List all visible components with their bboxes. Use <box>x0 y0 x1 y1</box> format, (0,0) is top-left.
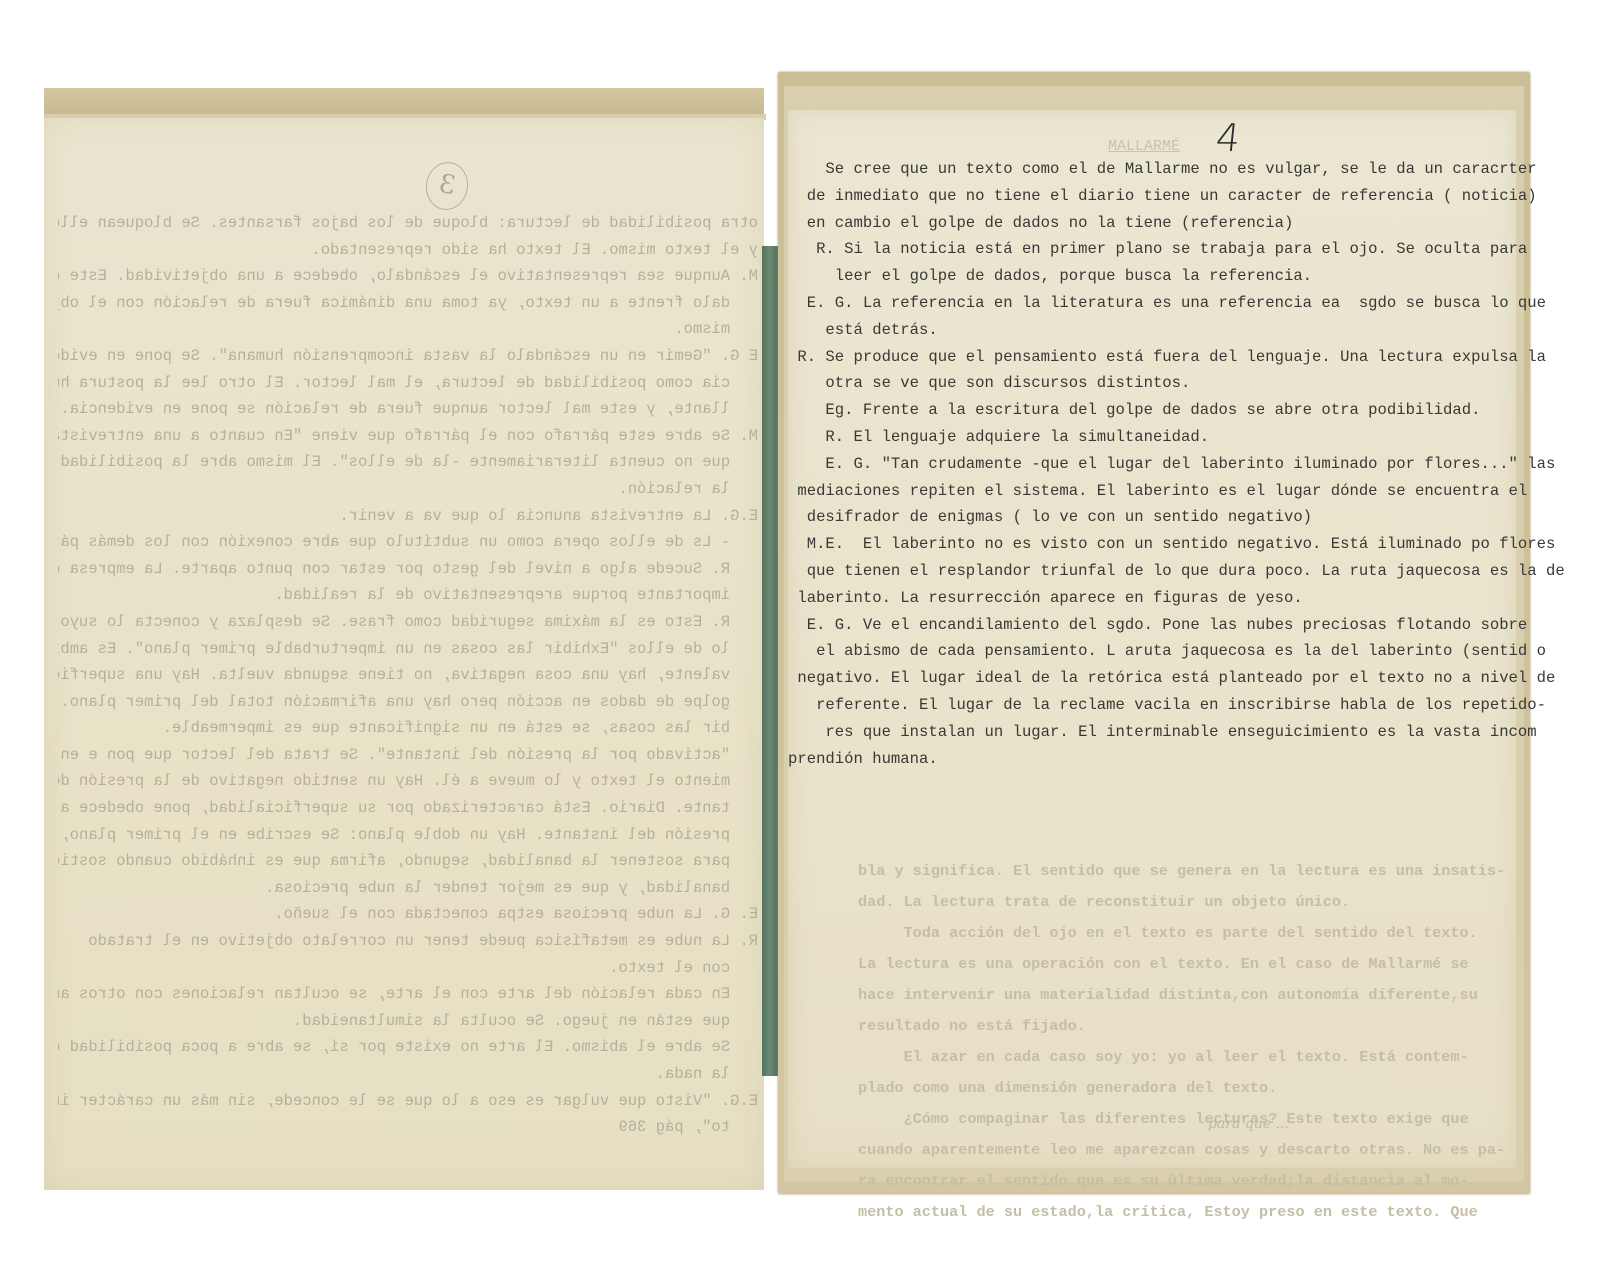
mirrored-text-line: otra posibilidad de lectura: bloque de l… <box>58 210 758 237</box>
mirrored-text-line: golpe de dados en acción pero hay una af… <box>58 689 758 716</box>
mirrored-text-line: E G. "Gemir en un escándalo la vasta inc… <box>58 343 758 370</box>
text-line: negativo. El lugar ideal de la retórica … <box>788 665 1528 692</box>
left-page-stack: 3 otra posibilidad de lectura: bloque de… <box>44 88 766 1190</box>
mirrored-text-line: R. Esto es la máxima seguridad como fras… <box>58 609 758 636</box>
text-line: Se cree que un texto como el de Mallarme… <box>788 156 1528 183</box>
mirrored-text-line: presión del instante. Hay un doble plano… <box>58 822 758 849</box>
mirrored-text-line: que no cuenta literariamente -la de ello… <box>58 449 758 476</box>
text-line: res que instalan un lugar. El interminab… <box>788 719 1528 746</box>
mirrored-text-line: miento el texto y lo mueve a él. Hay un … <box>58 768 758 795</box>
bleed-through-line: dad. La lectura trata de reconstituir un… <box>858 887 1518 918</box>
bleed-through-line: bla y significa. El sentido que se gener… <box>858 856 1518 887</box>
bleed-through-line: cuando aparentemente leo me aparezcan co… <box>858 1135 1518 1166</box>
text-line: R. Si la noticia está en primer plano se… <box>788 236 1528 263</box>
text-line: E. G. La referencia en la literatura es … <box>788 290 1528 317</box>
mirrored-text-line: dalo frente a un texto, ya toma una diná… <box>58 290 758 317</box>
right-page-stack: 4 MALLARMÉ Se cree que un texto como el … <box>778 72 1530 1194</box>
text-line: que tienen el resplandor triunfal de lo … <box>788 558 1528 585</box>
bleed-through-line: ra encontrar el sentido que es su última… <box>858 1166 1518 1197</box>
typewritten-body-text: Se cree que un texto como el de Mallarme… <box>788 156 1528 772</box>
mirrored-text-line: "activado por la presión del instante". … <box>58 742 758 769</box>
text-line: M.E. El laberinto no es visto con un sen… <box>788 531 1528 558</box>
bleed-through-line: La lectura es una operación con el texto… <box>858 949 1518 980</box>
text-line: mediaciones repiten el sistema. El laber… <box>788 478 1528 505</box>
right-page-number-handwritten: 4 <box>1214 116 1243 160</box>
mirrored-text-line: tante. Diario. Está caracterizado por su… <box>58 795 758 822</box>
bleed-through-text: bla y significa. El sentido que se gener… <box>858 856 1518 1228</box>
bleed-through-line: plado como una dimensión generadora del … <box>858 1073 1518 1104</box>
left-page: 3 otra posibilidad de lectura: bloque de… <box>44 118 764 1190</box>
bleed-through-line: ¿Cómo compaginar las diferentes lecturas… <box>858 1104 1518 1135</box>
mirrored-text-line: bir las cosas, se está en un significant… <box>58 715 758 742</box>
text-line: está detrás. <box>788 317 1528 344</box>
mirrored-text-line: y el texto mismo. El texto ha sido repre… <box>58 237 758 264</box>
green-binding-spine <box>762 246 778 1076</box>
bleed-through-line: Toda acción del ojo en el texto es parte… <box>858 918 1518 949</box>
text-line: de inmediato que no tiene el diario tien… <box>788 183 1528 210</box>
mirrored-text-line: que están en juego. Se oculta la simulta… <box>58 1008 758 1035</box>
mirrored-text-line: lo de ellos "Exhibir las cosas en un imp… <box>58 636 758 663</box>
mirrored-text-line: llante, y este mal lector aunque fuera d… <box>58 396 758 423</box>
mirrored-text-line: E.G. "Visto que vulgar es eso a lo que s… <box>58 1088 758 1115</box>
mirrored-text-line: cia como posibilidad de lectura, el mal … <box>58 370 758 397</box>
text-line: E. G. Ve el encandilamiento del sgdo. Po… <box>788 612 1528 639</box>
bleed-through-heading: MALLARMÉ <box>1108 138 1180 155</box>
text-line: R. Se produce que el pensamiento está fu… <box>788 344 1528 371</box>
text-line: laberinto. La resurrección aparece en fi… <box>788 585 1528 612</box>
mirrored-text-line: - Ls de ellos opera como un subtítulo qu… <box>58 529 758 556</box>
left-page-number-circled: 3 <box>422 159 472 214</box>
text-line: referente. El lugar de la reclame vacila… <box>788 692 1528 719</box>
mirrored-text-line: to", pág 369 <box>58 1114 758 1141</box>
mirrored-text-line: E.G. La entrevista anuncia lo que va a v… <box>58 503 758 530</box>
mirrored-text-line: valente, hay una cosa negativa, no tiene… <box>58 662 758 689</box>
mirrored-text-line: M. Aunque sea representativo el escándal… <box>58 263 758 290</box>
text-line: otra se ve que son discursos distintos. <box>788 370 1528 397</box>
text-line: el abismo de cada pensamiento. L aruta j… <box>788 638 1528 665</box>
mirrored-text-line: En cada relación del arte con el arte, s… <box>58 981 758 1008</box>
mirrored-text-line: con el texto. <box>58 955 758 982</box>
bleed-through-line: mento actual de su estado,la crítica, Es… <box>858 1197 1518 1228</box>
bleed-through-line: El azar en cada caso soy yo: yo al leer … <box>858 1042 1518 1073</box>
mirrored-text-line: E. G. La nube preciosa estpa conectada c… <box>58 901 758 928</box>
mirrored-text-line: la relación. <box>58 476 758 503</box>
mirrored-text-line: mismo. <box>58 316 758 343</box>
text-line: en cambio el golpe de dados no la tiene … <box>788 210 1528 237</box>
mirrored-text-line: banalidad, y que es mejor tender la nube… <box>58 875 758 902</box>
mirrored-text-line: M. Se abre este párrafo con el párrafo q… <box>58 423 758 450</box>
mirrored-text-line: R. Sucede algo a nivel del gesto por est… <box>58 556 758 583</box>
left-page-top-edge <box>44 88 764 115</box>
text-line: prendión humana. <box>788 746 1528 773</box>
mirrored-text-line: R. La nube es metafísica puede tener un … <box>58 928 758 955</box>
mirrored-text-line: Se abre el abismo. El arte no existe por… <box>58 1034 758 1061</box>
text-line: desifrador de enigmas ( lo ve con un sen… <box>788 504 1528 531</box>
left-page-bleed-through-text: otra posibilidad de lectura: bloque de l… <box>58 210 758 1141</box>
text-line: R. El lenguaje adquiere la simultaneidad… <box>788 424 1528 451</box>
mirrored-text-line: importante porque arepresentativo de la … <box>58 582 758 609</box>
right-page: 4 MALLARMÉ Se cree que un texto como el … <box>788 110 1516 1168</box>
handwritten-pencil-note: para que ... <box>1208 1116 1289 1132</box>
mirrored-text-line: para sostener la banalidad, segundo, afi… <box>58 848 758 875</box>
text-line: leer el golpe de dados, porque busca la … <box>788 263 1528 290</box>
text-line: Eg. Frente a la escritura del golpe de d… <box>788 397 1528 424</box>
mirrored-text-line: la nada. <box>58 1061 758 1088</box>
bleed-through-line: hace intervenir una materialidad distint… <box>858 980 1518 1011</box>
text-line: E. G. "Tan crudamente -que el lugar del … <box>788 451 1528 478</box>
bleed-through-line: resultado no está fijado. <box>858 1011 1518 1042</box>
